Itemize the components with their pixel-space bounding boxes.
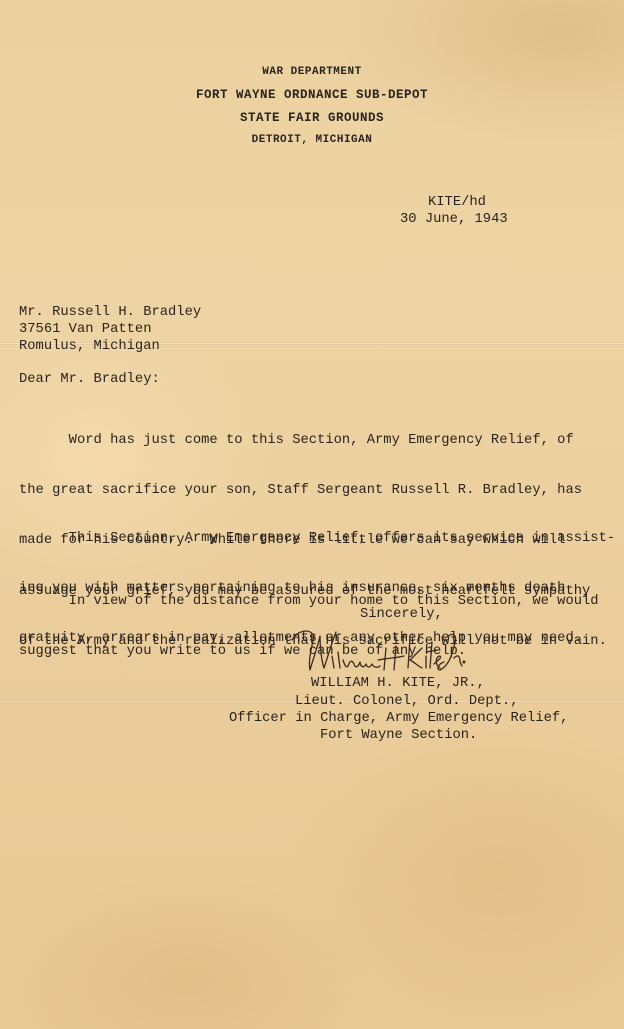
letterhead-location: STATE FAIR GROUNDS (0, 111, 624, 125)
letterhead-city: DETROIT, MICHIGAN (0, 134, 624, 146)
letterhead-department: WAR DEPARTMENT (0, 66, 624, 78)
reference-initials: KITE/hd (428, 194, 508, 211)
letterhead-depot: FORT WAYNE ORDNANCE SUB-DEPOT (0, 88, 624, 102)
body-line: Word has just come to this Section, Army… (19, 433, 607, 450)
signatory-rank: Lieut. Colonel, Ord. Dept., (295, 693, 519, 710)
body-line: This Section, Army Emergency Relief, off… (19, 531, 615, 548)
letter-page: WAR DEPARTMENT FORT WAYNE ORDNANCE SUB-D… (0, 0, 624, 1029)
closing: Sincerely, (360, 606, 443, 623)
signatory-title: Officer in Charge, Army Emergency Relief… (229, 710, 568, 727)
recipient-city: Romulus, Michigan (19, 338, 160, 355)
recipient-name: Mr. Russell H. Bradley (19, 304, 201, 321)
signatory-name: WILLIAM H. KITE, JR., (311, 675, 485, 692)
handwritten-signature (288, 626, 468, 678)
body-line: In view of the distance from your home t… (19, 594, 599, 611)
signatory-section: Fort Wayne Section. (320, 727, 477, 744)
recipient-street: 37561 Van Patten (19, 321, 151, 338)
reference-block: KITE/hd 30 June, 1943 (428, 194, 508, 228)
salutation: Dear Mr. Bradley: (19, 371, 160, 388)
letter-date: 30 June, 1943 (400, 211, 508, 228)
